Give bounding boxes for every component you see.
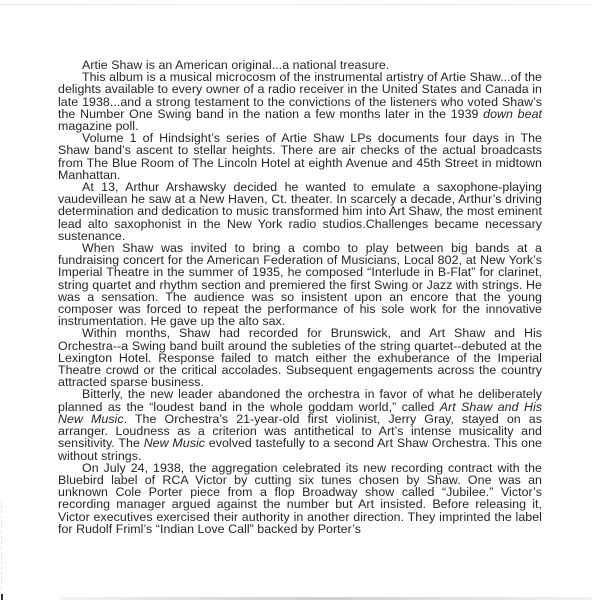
publication-title: down beat [483, 107, 542, 121]
paragraph-early-life: At 13, Arthur Arshawsky decided he wante… [58, 181, 542, 242]
scan-mark [1, 594, 3, 600]
paragraph-interlude: When Shaw was invited to bring a combo t… [58, 242, 542, 327]
liner-notes-body: Artie Shaw is an American original...a n… [58, 59, 542, 535]
paragraph-bluebird: On July 24, 1938, the aggregation celebr… [58, 462, 542, 535]
paragraph-brunswick: Within months, Shaw had recorded for Bru… [58, 327, 542, 388]
paragraph-album-microcosm: This album is a musical microcosm of the… [58, 71, 542, 132]
paragraph-new-music: Bitterly, the new leader abandoned the o… [58, 388, 542, 461]
paragraph-volume-one: Volume 1 of Hindsight’s series of Artie … [58, 132, 542, 181]
scan-edge-top [0, 4, 592, 5]
scan-edge-left [1, 500, 3, 595]
band-name-short: New Music [144, 436, 205, 450]
